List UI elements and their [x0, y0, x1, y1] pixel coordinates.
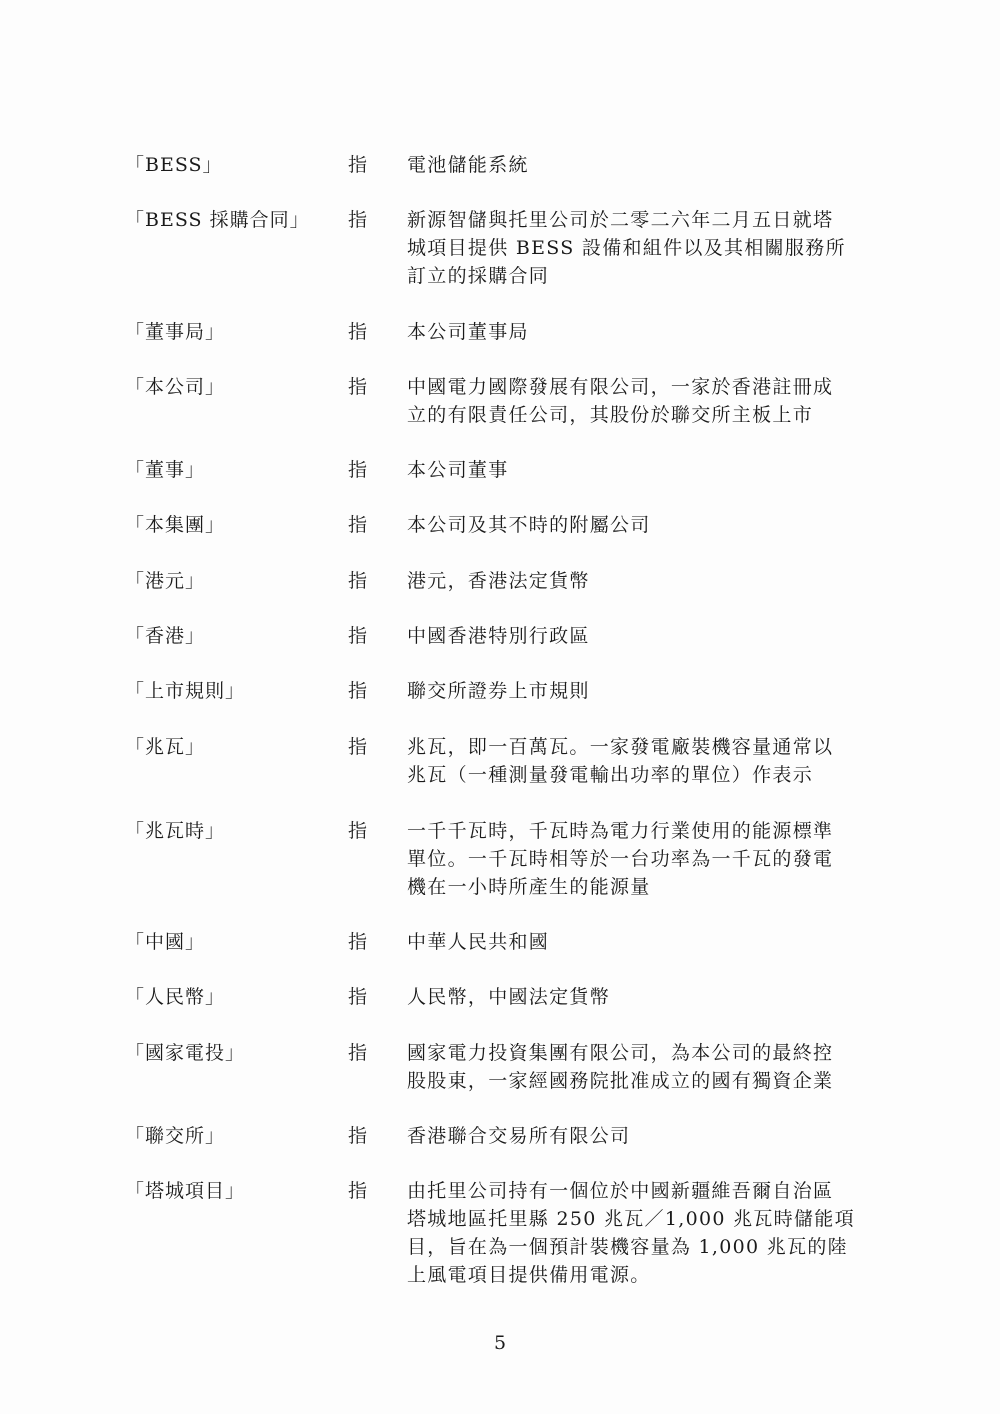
definition-term: 「中國」 — [125, 928, 205, 956]
definition-line: 香港聯合交易所有限公司 — [407, 1122, 887, 1150]
definition-line: 本公司董事 — [407, 456, 887, 484]
definition-text: 本公司及其不時的附屬公司 — [407, 511, 887, 539]
definition-line: 由托里公司持有一個位於中國新疆維吾爾自治區 — [407, 1177, 887, 1205]
means-label: 指 — [348, 1177, 367, 1205]
means-label: 指 — [348, 373, 367, 401]
definition-line: 立的有限責任公司，其股份於聯交所主板上市 — [407, 401, 887, 429]
means-label: 指 — [348, 622, 367, 650]
document-page: 「BESS」 指 電池儲能系統 「BESS 採購合同」 指 新源智儲與托里公司於… — [0, 0, 1000, 1414]
definition-line: 兆瓦（一種測量發電輸出功率的單位）作表示 — [407, 761, 887, 789]
definition-line: 股股東，一家經國務院批准成立的國有獨資企業 — [407, 1067, 887, 1095]
definition-term: 「兆瓦」 — [125, 733, 205, 761]
definition-text: 香港聯合交易所有限公司 — [407, 1122, 887, 1150]
definition-line: 電池儲能系統 — [407, 151, 887, 179]
definition-term: 「BESS」 — [125, 151, 223, 179]
definition-text: 本公司董事 — [407, 456, 887, 484]
means-label: 指 — [348, 1039, 367, 1067]
definition-text: 本公司董事局 — [407, 318, 887, 346]
definition-line: 目，旨在為一個預計裝機容量為 1,000 兆瓦的陸 — [407, 1233, 887, 1261]
means-label: 指 — [348, 983, 367, 1011]
definition-line: 一千千瓦時，千瓦時為電力行業使用的能源標準 — [407, 817, 887, 845]
means-label: 指 — [348, 567, 367, 595]
definition-term: 「塔城項目」 — [125, 1177, 245, 1205]
definition-text: 由托里公司持有一個位於中國新疆維吾爾自治區 塔城地區托里縣 250 兆瓦／1,0… — [407, 1177, 887, 1289]
definition-line: 本公司及其不時的附屬公司 — [407, 511, 887, 539]
definition-term: 「董事」 — [125, 456, 205, 484]
definition-term: 「董事局」 — [125, 318, 225, 346]
definition-term: 「香港」 — [125, 622, 205, 650]
means-label: 指 — [348, 206, 367, 234]
definition-text: 電池儲能系統 — [407, 151, 887, 179]
definition-line: 中國香港特別行政區 — [407, 622, 887, 650]
definition-text: 港元，香港法定貨幣 — [407, 567, 887, 595]
definition-text: 新源智儲與托里公司於二零二六年二月五日就塔 城項目提供 BESS 設備和組件以及… — [407, 206, 887, 290]
definition-term: 「人民幣」 — [125, 983, 225, 1011]
means-label: 指 — [348, 928, 367, 956]
means-label: 指 — [348, 511, 367, 539]
definition-line: 兆瓦，即一百萬瓦。一家發電廠裝機容量通常以 — [407, 733, 887, 761]
definition-text: 人民幣，中國法定貨幣 — [407, 983, 887, 1011]
definition-line: 塔城地區托里縣 250 兆瓦／1,000 兆瓦時儲能項 — [407, 1205, 887, 1233]
definition-line: 國家電力投資集團有限公司，為本公司的最終控 — [407, 1039, 887, 1067]
definition-line: 港元，香港法定貨幣 — [407, 567, 887, 595]
definition-line: 上風電項目提供備用電源。 — [407, 1261, 887, 1289]
definition-term: 「國家電投」 — [125, 1039, 245, 1067]
definition-term: 「本公司」 — [125, 373, 225, 401]
definition-text: 一千千瓦時，千瓦時為電力行業使用的能源標準 單位。一千瓦時相等於一台功率為一千瓦… — [407, 817, 887, 901]
definition-line: 中國電力國際發展有限公司，一家於香港註冊成 — [407, 373, 887, 401]
definition-text: 聯交所證券上市規則 — [407, 677, 887, 705]
definition-line: 中華人民共和國 — [407, 928, 887, 956]
means-label: 指 — [348, 677, 367, 705]
definition-term: 「本集團」 — [125, 511, 225, 539]
means-label: 指 — [348, 1122, 367, 1150]
definition-text: 中國香港特別行政區 — [407, 622, 887, 650]
means-label: 指 — [348, 733, 367, 761]
means-label: 指 — [348, 456, 367, 484]
definition-text: 中國電力國際發展有限公司，一家於香港註冊成 立的有限責任公司，其股份於聯交所主板… — [407, 373, 887, 429]
page-number: 5 — [0, 1330, 1000, 1356]
definition-term: 「聯交所」 — [125, 1122, 225, 1150]
definition-term: 「BESS 採購合同」 — [125, 206, 310, 234]
definition-line: 本公司董事局 — [407, 318, 887, 346]
means-label: 指 — [348, 817, 367, 845]
definition-text: 中華人民共和國 — [407, 928, 887, 956]
definition-text: 國家電力投資集團有限公司，為本公司的最終控 股股東，一家經國務院批准成立的國有獨… — [407, 1039, 887, 1095]
definition-term: 「港元」 — [125, 567, 205, 595]
definition-line: 聯交所證券上市規則 — [407, 677, 887, 705]
definition-line: 訂立的採購合同 — [407, 262, 887, 290]
means-label: 指 — [348, 318, 367, 346]
definition-text: 兆瓦，即一百萬瓦。一家發電廠裝機容量通常以 兆瓦（一種測量發電輸出功率的單位）作… — [407, 733, 887, 789]
definition-line: 機在一小時所產生的能源量 — [407, 873, 887, 901]
definition-line: 單位。一千瓦時相等於一台功率為一千瓦的發電 — [407, 845, 887, 873]
means-label: 指 — [348, 151, 367, 179]
definition-line: 人民幣，中國法定貨幣 — [407, 983, 887, 1011]
definition-term: 「上市規則」 — [125, 677, 245, 705]
definition-line: 城項目提供 BESS 設備和組件以及其相關服務所 — [407, 234, 887, 262]
definition-term: 「兆瓦時」 — [125, 817, 225, 845]
definition-line: 新源智儲與托里公司於二零二六年二月五日就塔 — [407, 206, 887, 234]
